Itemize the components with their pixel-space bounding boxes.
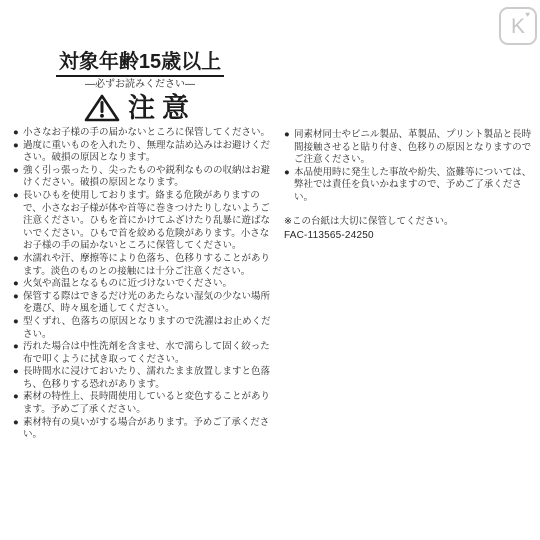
- caution-column-left: 小さなお子様の手の届かないところに保管してください。 過度に重いものを入れたり、…: [13, 127, 271, 442]
- caution-list-item: 水濡れや汗、摩擦等により色落ち、色移りすることがあります。淡色のものとの接触には…: [13, 253, 271, 278]
- heart-icon: ♥: [525, 11, 530, 19]
- caution-list-item: 素材特有の臭いがする場合があります。予めご了承ください。: [13, 417, 271, 442]
- warning-triangle-icon: [84, 93, 120, 123]
- caution-label: 注意: [128, 93, 196, 123]
- caution-list-right: 同素材同士やビニル製品、革製品、プリント製品と長時間接触させると貼り付き、色移り…: [284, 129, 534, 205]
- caution-list-left: 小さなお子様の手の届かないところに保管してください。 過度に重いものを入れたり、…: [13, 127, 271, 442]
- caution-list-item: 本品使用時に発生した事故や紛失、盗難等については、弊社では責任を負いかねますので…: [284, 167, 534, 205]
- caution-heading: 注意: [0, 93, 280, 123]
- age-restriction-title-wrap: 対象年齢15歳以上: [0, 50, 280, 77]
- caution-list-item: 同素材同士やビニル製品、革製品、プリント製品と長時間接触させると貼り付き、色移り…: [284, 129, 534, 167]
- brand-logo: K ♥: [499, 7, 537, 45]
- read-notice-subtitle: ―必ずお読みください―: [0, 79, 280, 91]
- product-code: FAC-113565-24250: [284, 230, 534, 243]
- caution-column-right: 同素材同士やビニル製品、革製品、プリント製品と長時間接触させると貼り付き、色移り…: [284, 129, 534, 243]
- caution-list-item: 過度に重いものを入れたり、無理な詰め込みはお避けください。破損の原因となります。: [13, 140, 271, 165]
- caution-list-item: 小さなお子様の手の届かないところに保管してください。: [13, 127, 271, 140]
- caution-list-item: 素材の特性上、長時間使用していると変色することがあります。予めご了承ください。: [13, 391, 271, 416]
- caution-list-item: 火気や高温となるものに近づけないでください。: [13, 278, 271, 291]
- caution-list-item: 型くずれ、色落ちの原因となりますので洗濯はお止めください。: [13, 316, 271, 341]
- caution-list-item: 保管する際はできるだけ光のあたらない湿気の少ない場所を選び、時々風を通してくださ…: [13, 291, 271, 316]
- caution-list-item: 長いひもを使用しております。絡まる危険がありますので、小さなお子様が体や首等に巻…: [13, 190, 271, 253]
- caution-list-item: 汚れた場合は中性洗剤を含ませ、水で濡らして固く絞った布で叩くように拭き取ってくだ…: [13, 341, 271, 366]
- caution-list-item: 長時間水に浸けておいたり、濡れたまま放置しますと色落ち、色移りする恐れがあります…: [13, 366, 271, 391]
- keep-card-note: ※この台紙は大切に保管してください。: [284, 216, 534, 229]
- header: 対象年齢15歳以上 ―必ずお読みください― 注意: [0, 50, 280, 123]
- caution-list-item: 強く引っ張ったり、尖ったものや鋭利なものの収納はお避けください。破損の原因となり…: [13, 165, 271, 190]
- age-restriction-title: 対象年齢15歳以上: [56, 50, 224, 77]
- caution-card: K ♥ 対象年齢15歳以上 ―必ずお読みください― 注意 小さなお子様の手の届か…: [0, 0, 540, 540]
